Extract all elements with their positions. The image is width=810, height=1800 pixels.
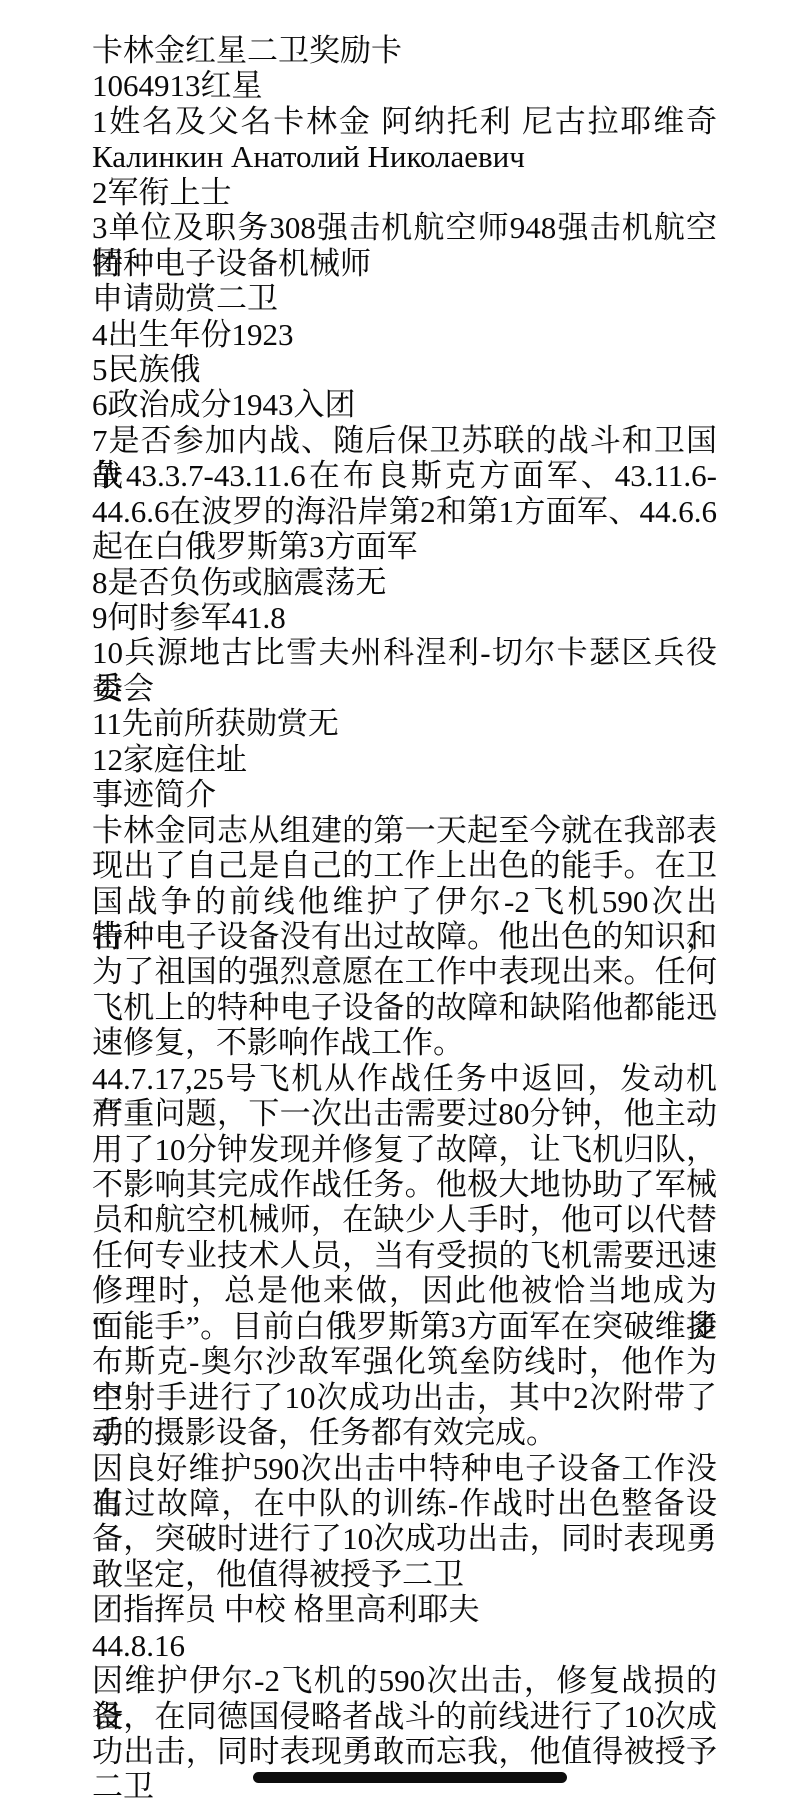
text-line: 1064913红星: [92, 68, 717, 103]
text-line: 备，在同德国侵略者战斗的前线进行了10次成: [92, 1699, 717, 1734]
text-line: 3单位及职务308强击机航空师948强击机航空团: [92, 210, 717, 245]
text-line: 功出击，同时表现勇敢而忘我，他值得被授予: [92, 1734, 717, 1769]
text-line: 用了10分钟发现并修复了故障，让飞机归队，: [92, 1132, 717, 1167]
text-line: 特种电子设备没有出过故障。他出色的知识和: [92, 919, 717, 954]
text-line: 因维护伊尔-2飞机的590次出击，修复战损的设: [92, 1663, 717, 1698]
text-line: 7是否参加内战、随后保卫苏联的战斗和卫国战: [92, 423, 717, 458]
text-line: 出过故障，在中队的训练-作战时出色整备设: [92, 1486, 717, 1521]
text-line: 8是否负伤或脑震荡无: [92, 565, 717, 600]
text-line: 飞机上的特种电子设备的故障和缺陷他都能迅: [92, 990, 717, 1025]
text-line: 面能手”。目前白俄罗斯第3方面军在突破维捷: [92, 1309, 717, 1344]
text-line: 争43.3.7-43.11.6在布良斯克方面军、43.11.6-: [92, 458, 717, 493]
text-line: 12家庭住址: [92, 742, 717, 777]
text-line: 11先前所获勋赏无: [92, 706, 717, 741]
text-line: 员会: [92, 671, 717, 706]
home-indicator-bar[interactable]: [253, 1772, 567, 1783]
text-line: Калинкин Анатолий Николаевич: [92, 139, 717, 174]
text-line: 44.7.17,25号飞机从作战任务中返回，发动机有: [92, 1061, 717, 1096]
text-line: 布斯克-奥尔沙敌军强化筑垒防线时，他作为空: [92, 1344, 717, 1379]
text-line: 修理时，总是他来做，因此他被恰当地成为“多: [92, 1273, 717, 1308]
date-line: 44.8.16: [92, 1628, 717, 1663]
text-line: 特种电子设备机械师: [92, 246, 717, 281]
text-line: 员和航空机械师，在缺少人手时，他可以代替: [92, 1202, 717, 1237]
text-line: 申请勋赏二卫: [92, 281, 717, 316]
award-card-document: 卡林金红星二卫奖励卡 1064913红星 1姓名及父名卡林金 阿纳托利 尼古拉耶…: [0, 0, 810, 1800]
text-line: 不影响其完成作战任务。他极大地协助了军械: [92, 1167, 717, 1202]
text-line: 中射手进行了10次成功出击，其中2次附带了手: [92, 1380, 717, 1415]
text-line: 因良好维护590次出击中特种电子设备工作没有: [92, 1451, 717, 1486]
text-line: 严重问题，下一次出击需要过80分钟，他主动: [92, 1096, 717, 1131]
text-line: 为了祖国的强烈意愿在工作中表现出来。任何: [92, 954, 717, 989]
text-line: 4出生年份1923: [92, 317, 717, 352]
text-line: 国战争的前线他维护了伊尔-2飞机590次出击，: [92, 884, 717, 919]
section-heading: 事迹简介: [92, 777, 717, 812]
text-line: 1姓名及父名卡林金 阿纳托利 尼古拉耶维奇: [92, 104, 717, 139]
text-line: 44.6.6在波罗的海沿岸第2和第1方面军、44.6.6: [92, 494, 717, 529]
text-line: 起在白俄罗斯第3方面军: [92, 529, 717, 564]
text-line: 任何专业技术人员，当有受损的飞机需要迅速: [92, 1238, 717, 1273]
text-line: 9何时参军41.8: [92, 600, 717, 635]
text-line: 备，突破时进行了10次成功出击，同时表现勇: [92, 1521, 717, 1556]
signature-line: 团指挥员 中校 格里高利耶夫: [92, 1592, 717, 1627]
text-line: 速修复，不影响作战工作。: [92, 1025, 717, 1060]
text-line: 敢坚定，他值得被授予二卫: [92, 1557, 717, 1592]
text-line: 5民族俄: [92, 352, 717, 387]
text-line: 6政治成分1943入团: [92, 387, 717, 422]
text-line: 现出了自己是自己的工作上出色的能手。在卫: [92, 848, 717, 883]
document-title: 卡林金红星二卫奖励卡: [92, 33, 717, 68]
text-line: 2军衔上士: [92, 175, 717, 210]
text-line: 动的摄影设备，任务都有效完成。: [92, 1415, 717, 1450]
text-line: 10兵源地古比雪夫州科涅利-切尔卡瑟区兵役委: [92, 635, 717, 670]
text-line: 卡林金同志从组建的第一天起至今就在我部表: [92, 813, 717, 848]
